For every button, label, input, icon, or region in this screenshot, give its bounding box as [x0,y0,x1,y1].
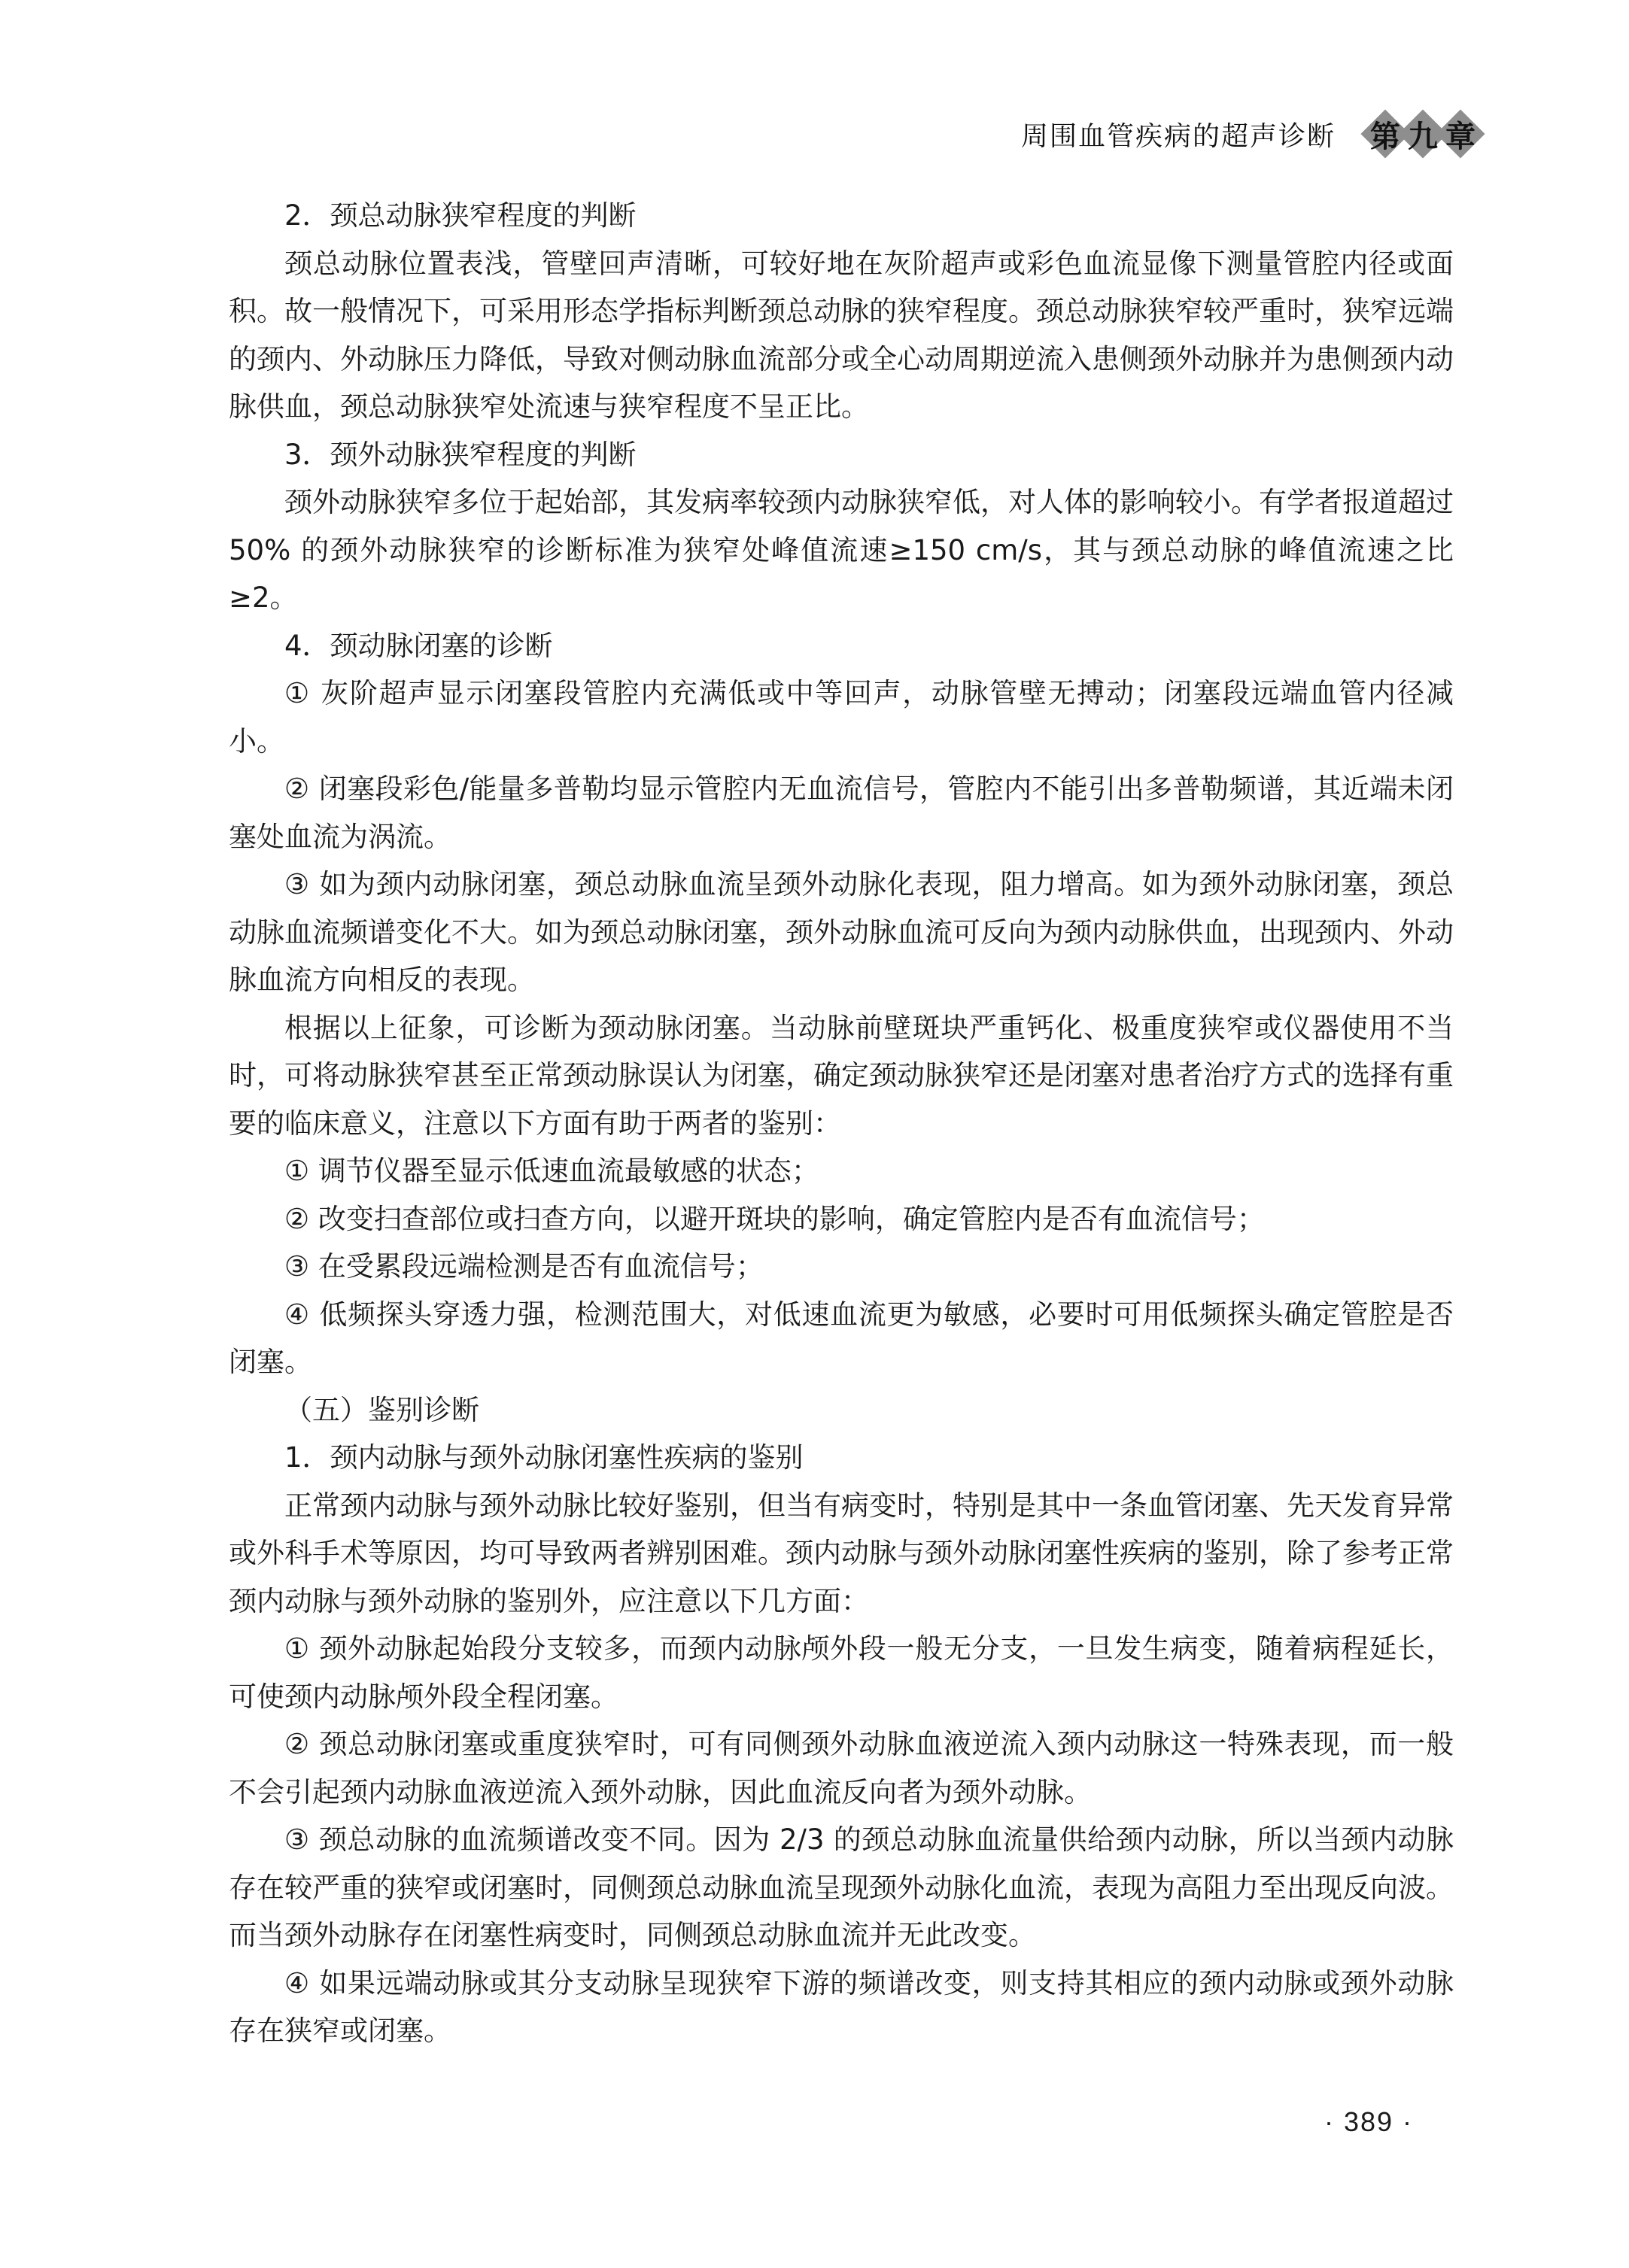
list-item: ④ 如果远端动脉或其分支动脉呈现狭窄下游的频谱改变，则支持其相应的颈内动脉或颈外… [229,1960,1454,2055]
chapter-badge: 第 九 章 [1366,109,1479,159]
page-body: 2．颈总动脉狭窄程度的判断 颈总动脉位置表浅，管壁回声清晰，可较好地在灰阶超声或… [229,192,1454,2055]
list-item: ② 颈总动脉闭塞或重度狭窄时，可有同侧颈外动脉血液逆流入颈内动脉这一特殊表现，而… [229,1720,1454,1816]
list-item: ③ 颈总动脉的血流频谱改变不同。因为 2/3 的颈总动脉血流量供给颈内动脉，所以… [229,1816,1454,1960]
section-heading: （五）鉴别诊断 [229,1386,1454,1435]
section-heading: 4．颈动脉闭塞的诊断 [229,622,1454,670]
chapter-diamond-3: 章 [1441,109,1479,159]
paragraph: 根据以上征象，可诊断为颈动脉闭塞。当动脉前壁斑块严重钙化、极重度狭窄或仪器使用不… [229,1004,1454,1148]
page-number: · 389 · [1324,2106,1413,2138]
list-item: ③ 如为颈内动脉闭塞，颈总动脉血流呈颈外动脉化表现，阻力增高。如为颈外动脉闭塞，… [229,861,1454,1004]
section-heading: 2．颈总动脉狭窄程度的判断 [229,192,1454,240]
paragraph: 颈外动脉狭窄多位于起始部，其发病率较颈内动脉狭窄低，对人体的影响较小。有学者报道… [229,478,1454,622]
running-header: 周围血管疾病的超声诊断 第 九 章 [1021,108,1479,160]
list-item: ① 颈外动脉起始段分支较多，而颈内动脉颅外段一般无分支，一旦发生病变，随着病程延… [229,1625,1454,1720]
list-item: ④ 低频探头穿透力强，检测范围大，对低速血流更为敏感，必要时可用低频探头确定管腔… [229,1291,1454,1386]
list-item: ② 改变扫查部位或扫查方向，以避开斑块的影响，确定管腔内是否有血流信号； [229,1195,1454,1243]
paragraph: 颈总动脉位置表浅，管壁回声清晰，可较好地在灰阶超声或彩色血流显像下测量管腔内径或… [229,240,1454,431]
running-title: 周围血管疾病的超声诊断 [1021,115,1336,153]
list-item: ① 灰阶超声显示闭塞段管腔内充满低或中等回声，动脉管壁无搏动；闭塞段远端血管内径… [229,669,1454,765]
list-item: ① 调节仪器至显示低速血流最敏感的状态； [229,1147,1454,1195]
list-item: ② 闭塞段彩色/能量多普勒均显示管腔内无血流信号，管腔内不能引出多普勒频谱，其近… [229,765,1454,861]
list-item: ③ 在受累段远端检测是否有血流信号； [229,1243,1454,1291]
subsection-heading: 1．颈内动脉与颈外动脉闭塞性疾病的鉴别 [229,1434,1454,1482]
section-heading: 3．颈外动脉狭窄程度的判断 [229,431,1454,479]
chapter-char: 章 [1441,109,1480,159]
paragraph: 正常颈内动脉与颈外动脉比较好鉴别，但当有病变时，特别是其中一条血管闭塞、先天发育… [229,1482,1454,1626]
